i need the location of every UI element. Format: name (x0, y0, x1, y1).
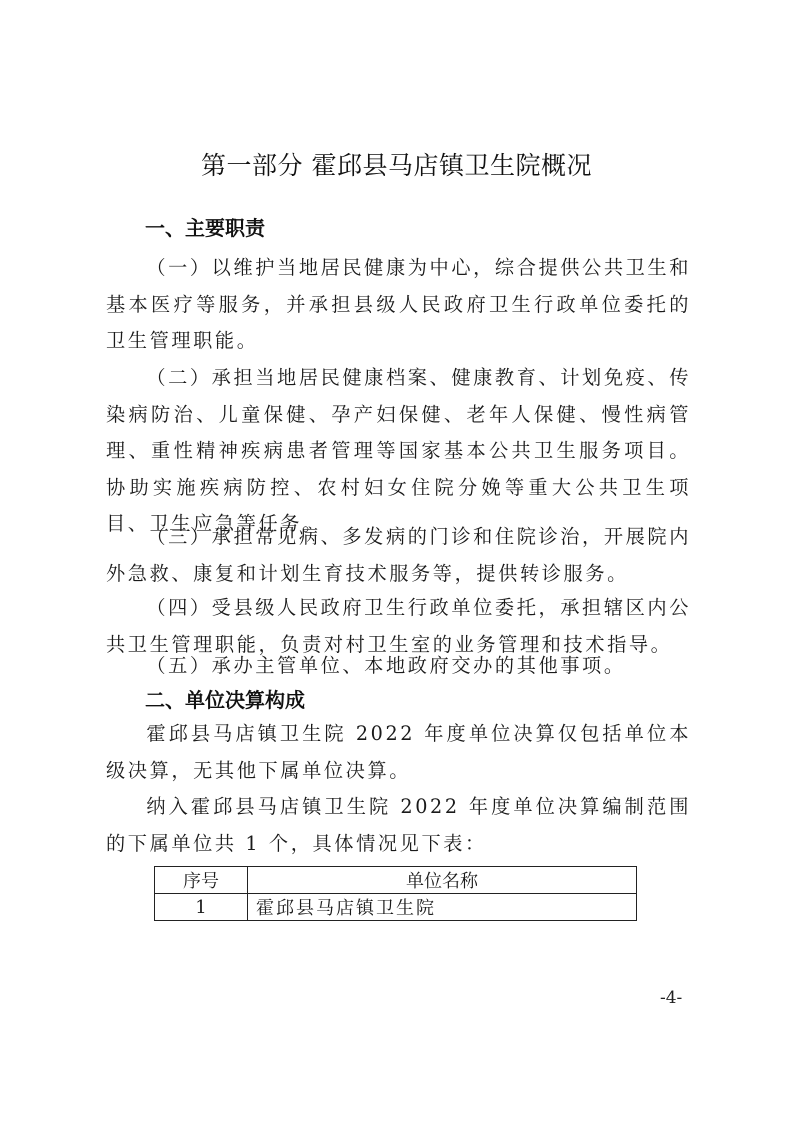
table-cell-unit-name: 霍邱县马店镇卫生院 (248, 894, 637, 921)
table-cell-serial: 1 (155, 894, 248, 921)
page-title: 第一部分 霍邱县马店镇卫生院概况 (0, 146, 793, 182)
table-header-row: 序号 单位名称 (155, 867, 637, 894)
table-header-serial: 序号 (155, 867, 248, 894)
paragraph-budget-1: 霍邱县马店镇卫生院 2022 年度单位决算仅包括单位本级决算，无其他下属单位决算… (106, 716, 691, 789)
subordinate-units-table: 序号 单位名称 1 霍邱县马店镇卫生院 (154, 866, 637, 921)
paragraph-budget-2: 纳入霍邱县马店镇卫生院 2022 年度单位决算编制范围的下属单位共 1 个，具体… (106, 789, 691, 862)
section-heading-budget-composition: 二、单位决算构成 (145, 684, 305, 713)
section-heading-main-duties: 一、主要职责 (145, 212, 265, 241)
paragraph-duty-1: （一）以维护当地居民健康为中心，综合提供公共卫生和基本医疗等服务，并承担县级人民… (106, 250, 691, 360)
paragraph-duty-5: （五）承办主管单位、本地政府交办的其他事项。 (106, 648, 691, 685)
page-number: -4- (660, 988, 682, 1008)
paragraph-duty-2: （二）承担当地居民健康档案、健康教育、计划免疫、传染病防治、儿童保健、孕产妇保健… (106, 360, 691, 543)
table-row: 1 霍邱县马店镇卫生院 (155, 894, 637, 921)
table-header-unit-name: 单位名称 (248, 867, 637, 894)
paragraph-duty-3: （三）承担常见病、多发病的门诊和住院诊治，开展院内外急救、康复和计划生育技术服务… (106, 519, 691, 592)
